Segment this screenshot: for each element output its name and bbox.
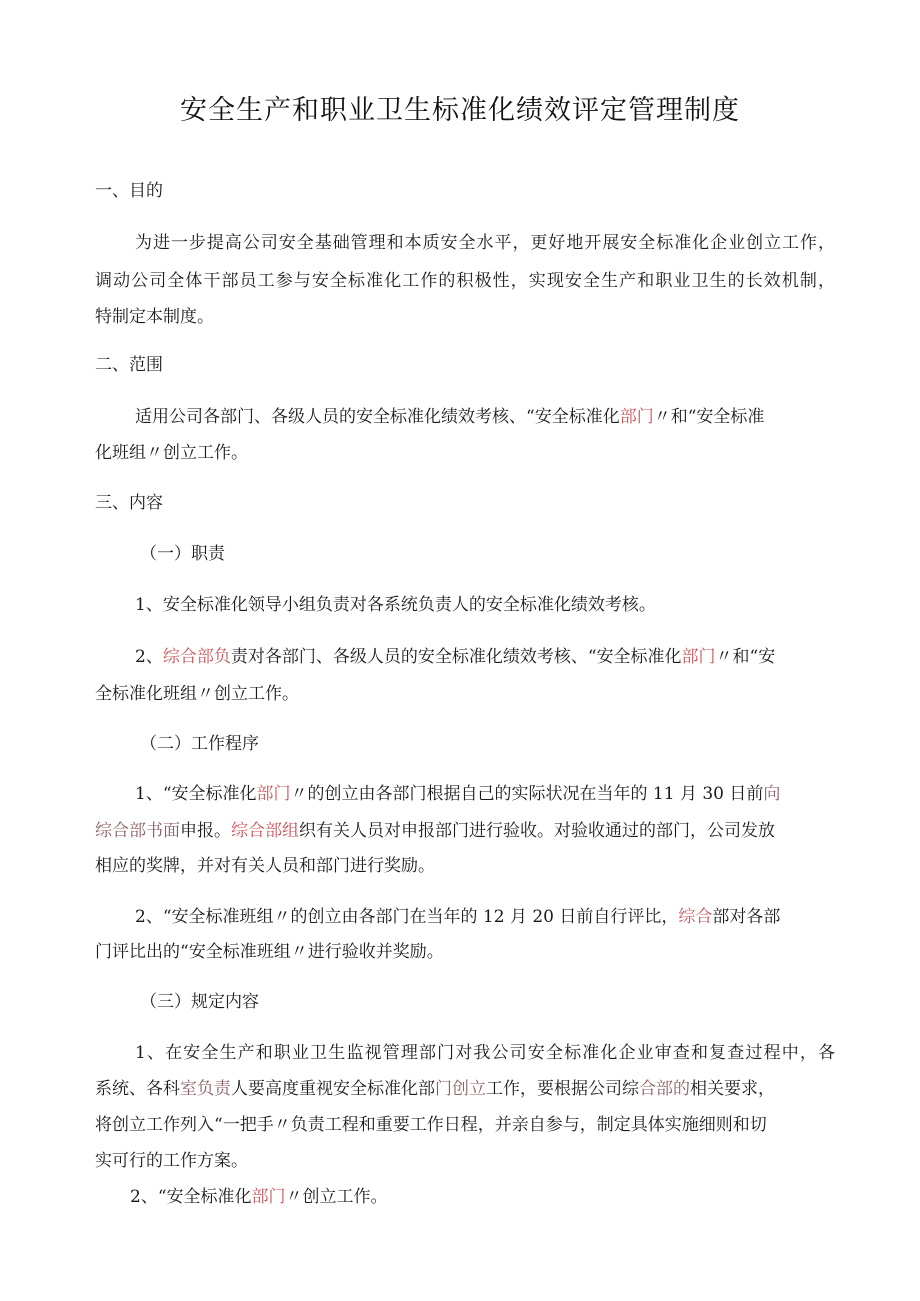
text-span: 申报。 <box>180 821 231 841</box>
paragraph-line: 调动公司全体干部员工参与安全标准化工作的积极性，实现安全生产和职业卫生的长效机制… <box>95 270 835 292</box>
text-span: 部对各部 <box>712 907 780 927</box>
section-heading-purpose: 一、目的 <box>95 180 835 202</box>
text-span: 系统、各科 <box>95 1079 180 1099</box>
document-page: 安全生产和职业卫生标准化绩效评定管理制度 一、目的 为进一步提高公司安全基础管理… <box>0 0 920 1301</box>
highlighted-text: 综合 <box>678 907 712 927</box>
text-span: 〃创立工作。 <box>286 1187 388 1207</box>
subsection-heading-duties: （一）职责 <box>140 543 880 565</box>
list-item: 2、综合部负责对各部门、各级人员的安全标准化绩效考核、“安全标准化部门〃和“安 <box>135 646 835 668</box>
paragraph-line: 门评比出的“安全标准班组〃进行验收并奖励。 <box>95 941 835 963</box>
text-span: 2、“安全标准化 <box>130 1187 252 1207</box>
list-item: 1、“安全标准化部门〃的创立由各部门根据自己的实际状况在当年的 11 月 30 … <box>135 783 835 805</box>
highlighted-text: 综合部组 <box>231 821 299 841</box>
paragraph-line: 相应的奖牌，并对有关人员和部门进行奖励。 <box>95 855 835 877</box>
highlighted-text: 部门 <box>682 647 716 667</box>
text-span: 人要高度重视安全标准化部 <box>231 1079 435 1099</box>
paragraph-line: 适用公司各部门、各级人员的安全标准化绩效考核、“安全标准化部门〃和“安全标准 <box>135 406 835 428</box>
highlighted-text: 室负责 <box>180 1079 231 1099</box>
highlighted-text: 合部的 <box>639 1079 690 1099</box>
text-span: 〃和“安全标准 <box>654 407 765 427</box>
paragraph-line: 系统、各科室负责人要高度重视安全标准化部门创立工作，要根据公司综合部的相关要求， <box>95 1078 835 1100</box>
paragraph-line: 全标准化班组〃创立工作。 <box>95 683 835 705</box>
text-span: 〃和“安 <box>716 647 776 667</box>
highlighted-text: 部门 <box>252 1187 286 1207</box>
paragraph-line: 化班组〃创立工作。 <box>95 442 835 464</box>
subsection-heading-procedure: （二）工作程序 <box>140 733 880 755</box>
subsection-heading-provisions: （三）规定内容 <box>140 991 880 1013</box>
paragraph-line: 为进一步提高公司安全基础管理和本质安全水平，更好地开展安全标准化企业创立工作， <box>135 232 835 254</box>
document-title: 安全生产和职业卫生标准化绩效评定管理制度 <box>0 88 920 127</box>
paragraph-line: 特制定本制度。 <box>95 306 835 328</box>
highlighted-text: 向 <box>763 784 780 804</box>
text-span: 工作，要根据公司综 <box>486 1079 639 1099</box>
text-span: 1、“安全标准化 <box>135 784 257 804</box>
list-item: 2、“安全标准化部门〃创立工作。 <box>130 1186 870 1208</box>
text-span: 〃的创立由各部门根据自己的实际状况在当年的 11 月 30 日前 <box>291 784 764 804</box>
paragraph-line: 将创立工作列入“一把手〃负责工程和重要工作日程，并亲自参与，制定具体实施细则和切 <box>95 1114 835 1136</box>
highlighted-text: 综合部负 <box>163 647 231 667</box>
section-heading-content: 三、内容 <box>95 492 835 514</box>
paragraph-line: 实可行的工作方案。 <box>95 1150 835 1172</box>
list-item: 2、“安全标准班组〃的创立由各部门在当年的 12 月 20 日前自行评比，综合部… <box>135 906 835 928</box>
highlighted-text: 综合部书面 <box>95 821 180 841</box>
text-span: 相关要求， <box>690 1079 775 1099</box>
list-item: 1、在安全生产和职业卫生监视管理部门对我公司安全标准化企业审查和复查过程中，各 <box>135 1042 835 1064</box>
highlighted-text: 部门 <box>620 407 654 427</box>
list-item: 1、安全标准化领导小组负责对各系统负责人的安全标准化绩效考核。 <box>135 594 875 616</box>
highlighted-text: 部门 <box>257 784 291 804</box>
highlighted-text: 门创立 <box>435 1079 486 1099</box>
text-span: 责对各部门、各级人员的安全标准化绩效考核、“安全标准化 <box>231 647 682 667</box>
paragraph-line: 综合部书面申报。综合部组织有关人员对申报部门进行验收。对验收通过的部门，公司发放 <box>95 820 835 842</box>
text-span: 2、“安全标准班组〃的创立由各部门在当年的 12 月 20 日前自行评比， <box>135 907 678 927</box>
section-heading-scope: 二、范围 <box>95 354 835 376</box>
text-span: 2、 <box>135 647 163 667</box>
text-span: 织有关人员对申报部门进行验收。对验收通过的部门，公司发放 <box>299 821 775 841</box>
text-span: 适用公司各部门、各级人员的安全标准化绩效考核、“安全标准化 <box>135 407 620 427</box>
